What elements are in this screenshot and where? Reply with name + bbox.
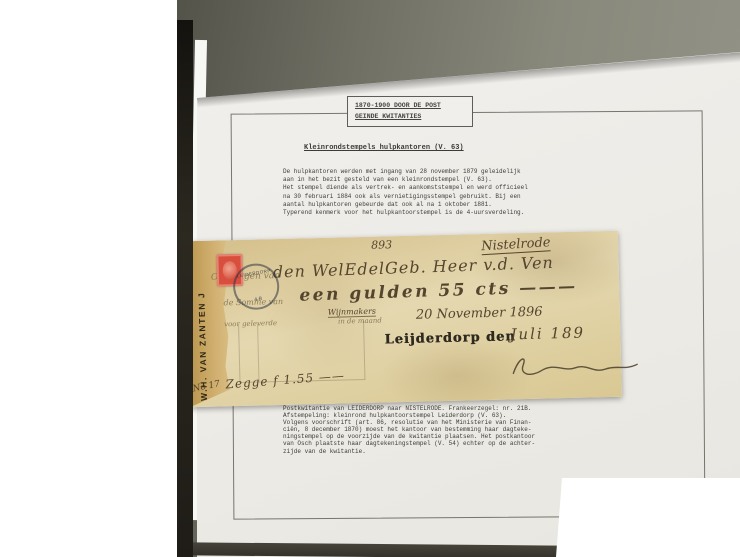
caption-line: Afstempeling: kleinrond hulpkantoorstemp…: [283, 412, 583, 419]
intro-line: aan in het bezit gesteld van een kleinro…: [283, 176, 583, 184]
amount-text: een gulden 55 cts: [299, 279, 511, 306]
caption-line: Volgens voorschrift (art. 86, resolutie …: [283, 419, 583, 426]
caption-line: ciën, 8 december 1870) moest het kantoor…: [283, 426, 583, 433]
intro-line: Typerend kenmerk voor het hulpkantoorste…: [283, 209, 583, 217]
intro-line: aantal hulpkantoren gebeurde dat ook al …: [283, 201, 583, 209]
amount-dash: ———: [519, 277, 578, 299]
destination-handwriting: Nistelrode: [481, 235, 551, 255]
exhibit-title-box: 1870-1900 DOOR DE POST GEINDE KWITANTIES: [347, 96, 473, 127]
receipt-number-handwriting: 893: [371, 238, 392, 252]
intro-line: De hulpkantoren werden met ingang van 28…: [283, 168, 583, 176]
section-heading: Kleinrondstempels hulpkantoren (V. 63): [304, 144, 464, 152]
desk-bottom-strip: [193, 542, 559, 557]
caption-line: zijde van de kwitantie.: [283, 448, 583, 455]
title-line-2: GEINDE KWITANTIES: [355, 111, 472, 122]
photo-of-exhibit-page: 1870-1900 DOOR DE POST GEINDE KWITANTIES…: [0, 0, 740, 557]
caption-line: van Osch plaatste haar dagtekeningstempe…: [283, 440, 583, 447]
caption-line: ningstempel op de voorzijde van de kwita…: [283, 433, 583, 440]
caption-paragraph: Postkwitantie van LEIDERDORP naar NISTEL…: [283, 405, 583, 455]
photo-backdrop: 1870-1900 DOOR DE POST GEINDE KWITANTIES…: [177, 0, 740, 557]
intro-line: na 30 februari 1884 ook als vernietiging…: [283, 193, 583, 201]
title-line-1: 1870-1900 DOOR DE POST: [355, 100, 472, 111]
date-handwriting: 20 November 1896: [416, 305, 543, 323]
white-cut-corner: [556, 478, 740, 557]
printed-place-line: Leijderdorp den: [384, 329, 516, 347]
dark-background-strip: [177, 20, 193, 557]
amount-handwriting: een gulden 55 cts ———: [299, 277, 578, 306]
postmark-town: LEIDERDORP: [233, 267, 275, 279]
intro-paragraph: De hulpkantoren werden met ingang van 28…: [283, 168, 583, 217]
intro-line: Het stempel diende als vertrek- en aanko…: [283, 184, 583, 192]
signature-handwriting: [505, 344, 646, 383]
caption-line: Postkwitantie van LEIDERDORP naar NISTEL…: [283, 405, 583, 412]
received-from-handwriting: den WelEdelGeb. Heer v.d. Ven: [272, 253, 554, 282]
postal-receipt: W.H. VAN ZANTEN J LEIDERDORP 4-B 893 Nis…: [186, 231, 622, 408]
month-year-handwriting: Juli 189: [510, 324, 585, 344]
